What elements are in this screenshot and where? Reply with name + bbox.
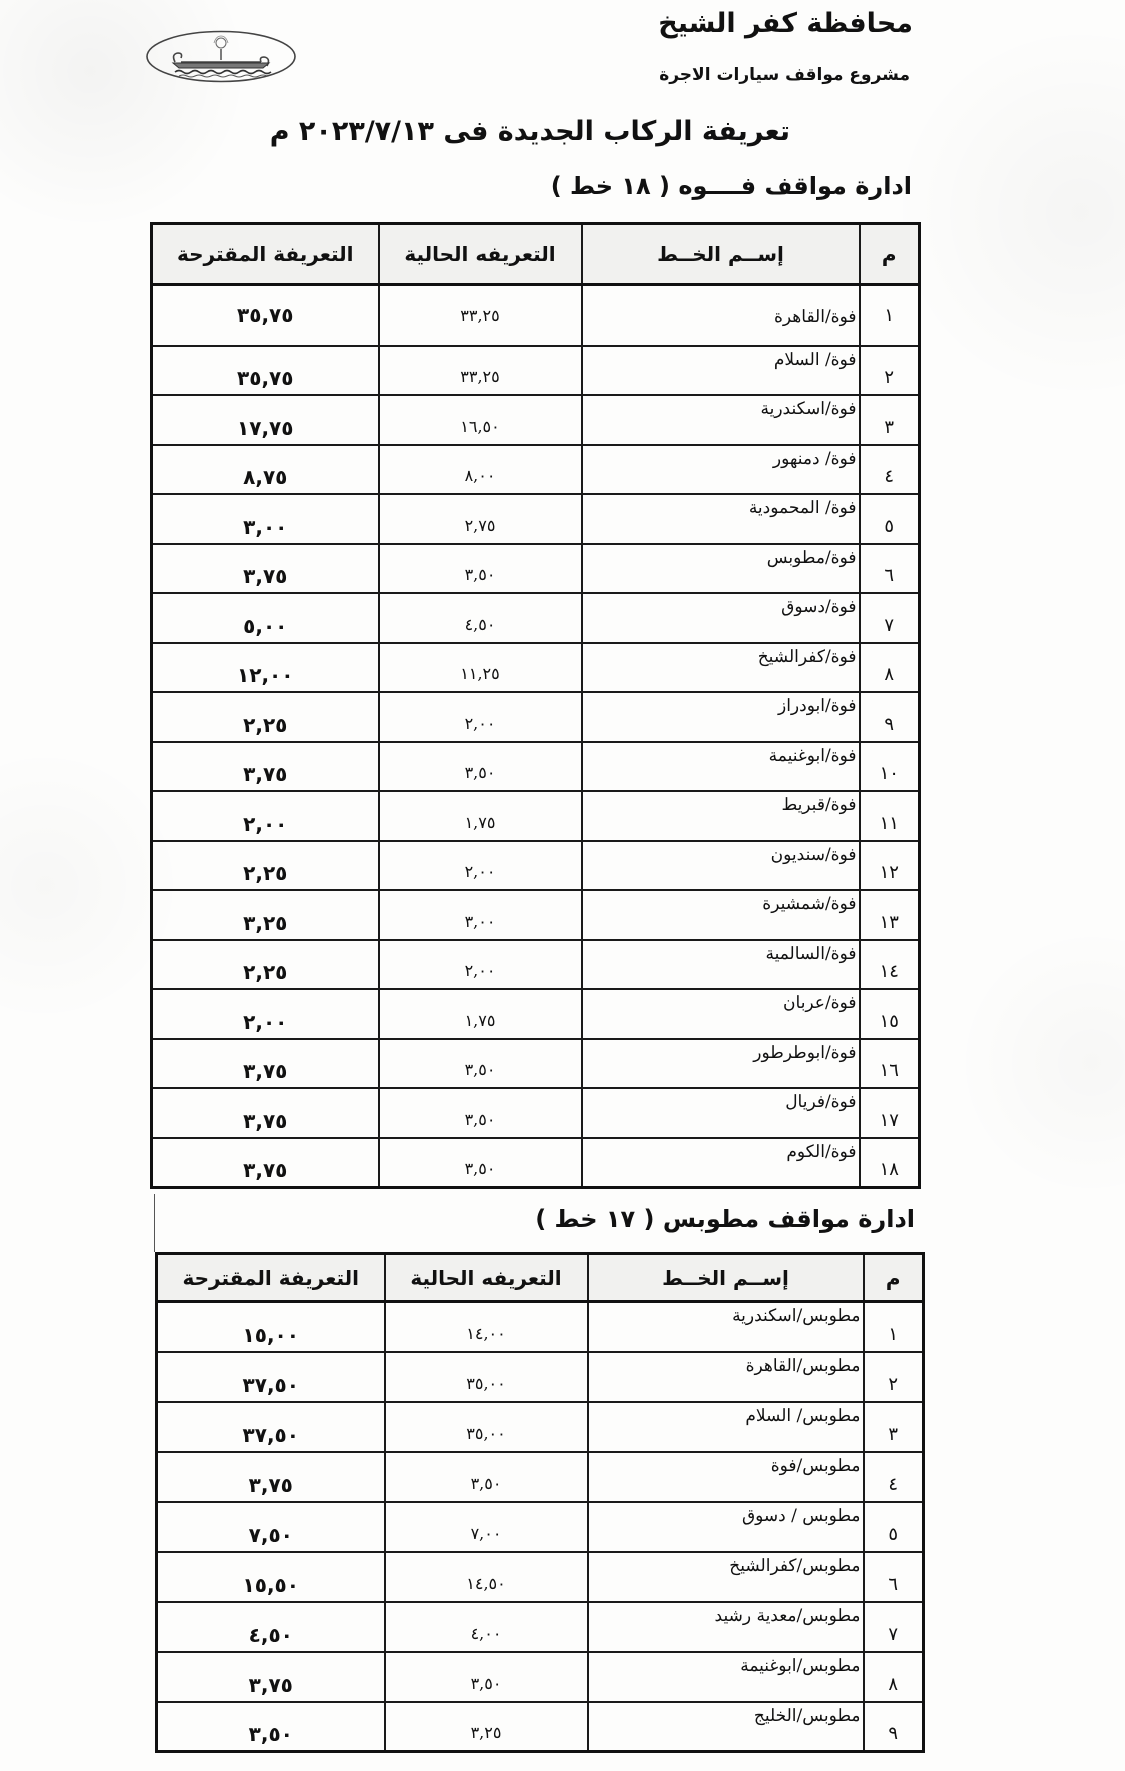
table-row: ٥فوة/ المحمودية٢,٧٥٣,٠٠ [152,494,920,544]
proposed-fare: ٣,٥٠ [157,1702,385,1752]
row-number: ١٢ [860,841,920,891]
current-fare: ٣,٥٠ [379,1039,582,1089]
column-header-proposed-fare: التعريفة المقترحة [152,224,379,285]
current-fare: ٢,٠٠ [379,692,582,742]
line-name: فوة/ دمنهور [582,445,860,495]
line-name: مطوبس/القاهرة [588,1352,864,1402]
proposed-fare: ٣,٠٠ [152,494,379,544]
document-title: تعريفة الركاب الجديدة فى ٢٠٢٣/٧/١٣ م [300,116,790,147]
proposed-fare: ١٥,٠٠ [157,1302,385,1352]
line-name: فوة/مطوبس [582,544,860,594]
current-fare: ٣,٥٠ [385,1652,588,1702]
project-name: مشروع مواقف سيارات الاجرة [659,65,910,85]
proposed-fare: ٣٥,٧٥ [152,346,379,396]
line-name: مطوبس / دسوق [588,1502,864,1552]
section-title-fuwwah: ادارة مواقف فــــوه ( ١٨ خط ) [551,172,912,200]
table-row: ١٨فوة/الكوم٣,٥٠٣,٧٥ [152,1138,920,1188]
current-fare: ١٤,٠٠ [385,1302,588,1352]
current-fare: ٨,٠٠ [379,445,582,495]
line-name: مطوبس/الخليج [588,1702,864,1752]
boat-emblem-icon [145,30,297,83]
row-number: ٥ [860,494,920,544]
proposed-fare: ٣,٧٥ [152,544,379,594]
table-body: ١مطوبس/اسكندرية١٤,٠٠١٥,٠٠٢مطوبس/القاهرة٣… [157,1302,924,1752]
table-header-row: م إســم الخــط التعريفه الحالية التعريفة… [157,1254,924,1302]
line-name: فوة/ابوغنيمة [582,742,860,792]
current-fare: ٤,٥٠ [379,593,582,643]
proposed-fare: ٣,٧٥ [157,1652,385,1702]
table-row: ١٥فوة/عربان١,٧٥٢,٠٠ [152,989,920,1039]
table-row: ٦مطوبس/كفرالشيخ١٤,٥٠١٥,٥٠ [157,1552,924,1602]
row-number: ٦ [860,544,920,594]
proposed-fare: ٣,٧٥ [152,1039,379,1089]
governorate-name: محافظة كفر الشيخ [658,8,913,39]
proposed-fare: ٢,٢٥ [152,940,379,990]
line-name: مطوبس/اسكندرية [588,1302,864,1352]
column-header-current-fare: التعريفه الحالية [379,224,582,285]
table-row: ٤مطوبس/فوة٣,٥٠٣,٧٥ [157,1452,924,1502]
row-number: ٦ [864,1552,924,1602]
proposed-fare: ٣,٧٥ [152,1138,379,1188]
margin-rule [154,1194,155,1252]
table-row: ٢مطوبس/القاهرة٣٥,٠٠٣٧,٥٠ [157,1352,924,1402]
table-row: ١٦فوة/ابوطرطور٣,٥٠٣,٧٥ [152,1039,920,1089]
line-name: مطوبس/ السلام [588,1402,864,1452]
line-name: فوة/فريال [582,1088,860,1138]
line-name: فوة/السالمية [582,940,860,990]
current-fare: ٢,٠٠ [379,940,582,990]
current-fare: ١,٧٥ [379,791,582,841]
proposed-fare: ١٢,٠٠ [152,643,379,693]
line-name: مطوبس/كفرالشيخ [588,1552,864,1602]
line-name: مطوبس/ابوغنيمة [588,1652,864,1702]
current-fare: ٣٥,٠٠ [385,1352,588,1402]
current-fare: ٣,٥٠ [379,1088,582,1138]
line-name: مطوبس/معدية رشيد [588,1602,864,1652]
column-header-num: م [864,1254,924,1302]
row-number: ٤ [860,445,920,495]
line-name: فوة/اسكندرية [582,395,860,445]
proposed-fare: ٢,٢٥ [152,841,379,891]
row-number: ١٨ [860,1138,920,1188]
row-number: ٣ [864,1402,924,1452]
row-number: ٤ [864,1452,924,1502]
table-row: ٧فوة/دسوق٤,٥٠٥,٠٠ [152,593,920,643]
current-fare: ٣,٢٥ [385,1702,588,1752]
row-number: ٩ [860,692,920,742]
column-header-num: م [860,224,920,285]
section-title-mutubas: ادارة مواقف مطوبس ( ١٧ خط ) [535,1205,915,1233]
line-name: فوة/دسوق [582,593,860,643]
row-number: ٧ [860,593,920,643]
proposed-fare: ٢,٠٠ [152,989,379,1039]
row-number: ١٠ [860,742,920,792]
table-row: ٩مطوبس/الخليج٣,٢٥٣,٥٠ [157,1702,924,1752]
proposed-fare: ٣,٧٥ [152,1088,379,1138]
current-fare: ٢,٧٥ [379,494,582,544]
table-row: ١٤فوة/السالمية٢,٠٠٢,٢٥ [152,940,920,990]
current-fare: ٧,٠٠ [385,1502,588,1552]
proposed-fare: ٣,٢٥ [152,890,379,940]
row-number: ١ [860,285,920,346]
fare-table-fuwwah: م إســم الخــط التعريفه الحالية التعريفة… [150,222,921,1189]
row-number: ٣ [860,395,920,445]
line-name: فوة/سنديون [582,841,860,891]
proposed-fare: ٧,٥٠ [157,1502,385,1552]
table-row: ١مطوبس/اسكندرية١٤,٠٠١٥,٠٠ [157,1302,924,1352]
current-fare: ٣,٠٠ [379,890,582,940]
table-row: ٧مطوبس/معدية رشيد٤,٠٠٤,٥٠ [157,1602,924,1652]
row-number: ٥ [864,1502,924,1552]
proposed-fare: ٣,٧٥ [152,742,379,792]
table-row: ٥مطوبس / دسوق٧,٠٠٧,٥٠ [157,1502,924,1552]
proposed-fare: ٥,٠٠ [152,593,379,643]
row-number: ٨ [864,1652,924,1702]
column-header-line-name: إســم الخــط [582,224,860,285]
table-header-row: م إســم الخــط التعريفه الحالية التعريفة… [152,224,920,285]
current-fare: ٣,٥٠ [379,742,582,792]
row-number: ١٦ [860,1039,920,1089]
line-name: فوة/ابودراز [582,692,860,742]
current-fare: ١١,٢٥ [379,643,582,693]
fare-table-mutubas: م إســم الخــط التعريفه الحالية التعريفة… [155,1252,925,1753]
line-name: فوة/قبريط [582,791,860,841]
table-row: ٦فوة/مطوبس٣,٥٠٣,٧٥ [152,544,920,594]
table-row: ٣مطوبس/ السلام٣٥,٠٠٣٧,٥٠ [157,1402,924,1452]
column-header-current-fare: التعريفه الحالية [385,1254,588,1302]
row-number: ١١ [860,791,920,841]
proposed-fare: ٤,٥٠ [157,1602,385,1652]
proposed-fare: ٣٥,٧٥ [152,285,379,346]
table-row: ٨فوة/كفرالشيخ١١,٢٥١٢,٠٠ [152,643,920,693]
table-row: ٨مطوبس/ابوغنيمة٣,٥٠٣,٧٥ [157,1652,924,1702]
line-name: فوة/ السلام [582,346,860,396]
line-name: فوة/شمشيرة [582,890,860,940]
table-row: ١فوة/القاهرة٣٣,٢٥٣٥,٧٥ [152,285,920,346]
row-number: ٧ [864,1602,924,1652]
current-fare: ١٦,٥٠ [379,395,582,445]
table-body: ١فوة/القاهرة٣٣,٢٥٣٥,٧٥٢فوة/ السلام٣٣,٢٥٣… [152,285,920,1188]
line-name: مطوبس/فوة [588,1452,864,1502]
column-header-proposed-fare: التعريفة المقترحة [157,1254,385,1302]
current-fare: ٣٣,٢٥ [379,346,582,396]
table-row: ١٣فوة/شمشيرة٣,٠٠٣,٢٥ [152,890,920,940]
row-number: ١٧ [860,1088,920,1138]
row-number: ٨ [860,643,920,693]
table-row: ١١فوة/قبريط١,٧٥٢,٠٠ [152,791,920,841]
current-fare: ١,٧٥ [379,989,582,1039]
proposed-fare: ٣٧,٥٠ [157,1402,385,1452]
column-header-line-name: إســم الخــط [588,1254,864,1302]
table-row: ٤فوة/ دمنهور٨,٠٠٨,٧٥ [152,445,920,495]
table-row: ٣فوة/اسكندرية١٦,٥٠١٧,٧٥ [152,395,920,445]
line-name: فوة/الكوم [582,1138,860,1188]
table-row: ١٧فوة/فريال٣,٥٠٣,٧٥ [152,1088,920,1138]
proposed-fare: ٣,٧٥ [157,1452,385,1502]
table-row: ٢فوة/ السلام٣٣,٢٥٣٥,٧٥ [152,346,920,396]
proposed-fare: ١٧,٧٥ [152,395,379,445]
line-name: فوة/ المحمودية [582,494,860,544]
proposed-fare: ١٥,٥٠ [157,1552,385,1602]
row-number: ١ [864,1302,924,1352]
line-name: فوة/ابوطرطور [582,1039,860,1089]
line-name: فوة/كفرالشيخ [582,643,860,693]
row-number: ١٣ [860,890,920,940]
current-fare: ٣٥,٠٠ [385,1402,588,1452]
row-number: ١٤ [860,940,920,990]
line-name: فوة/عربان [582,989,860,1039]
row-number: ١٥ [860,989,920,1039]
row-number: ٢ [860,346,920,396]
current-fare: ٣,٥٠ [385,1452,588,1502]
proposed-fare: ٢,٢٥ [152,692,379,742]
line-name: فوة/القاهرة [582,285,860,346]
current-fare: ١٤,٥٠ [385,1552,588,1602]
table-row: ٩فوة/ابودراز٢,٠٠٢,٢٥ [152,692,920,742]
proposed-fare: ٣٧,٥٠ [157,1352,385,1402]
proposed-fare: ٢,٠٠ [152,791,379,841]
table-row: ١٠فوة/ابوغنيمة٣,٥٠٣,٧٥ [152,742,920,792]
table-row: ١٢فوة/سنديون٢,٠٠٢,٢٥ [152,841,920,891]
current-fare: ٤,٠٠ [385,1602,588,1652]
proposed-fare: ٨,٧٥ [152,445,379,495]
row-number: ٢ [864,1352,924,1402]
current-fare: ٣٣,٢٥ [379,285,582,346]
current-fare: ٢,٠٠ [379,841,582,891]
current-fare: ٣,٥٠ [379,544,582,594]
current-fare: ٣,٥٠ [379,1138,582,1188]
row-number: ٩ [864,1702,924,1752]
